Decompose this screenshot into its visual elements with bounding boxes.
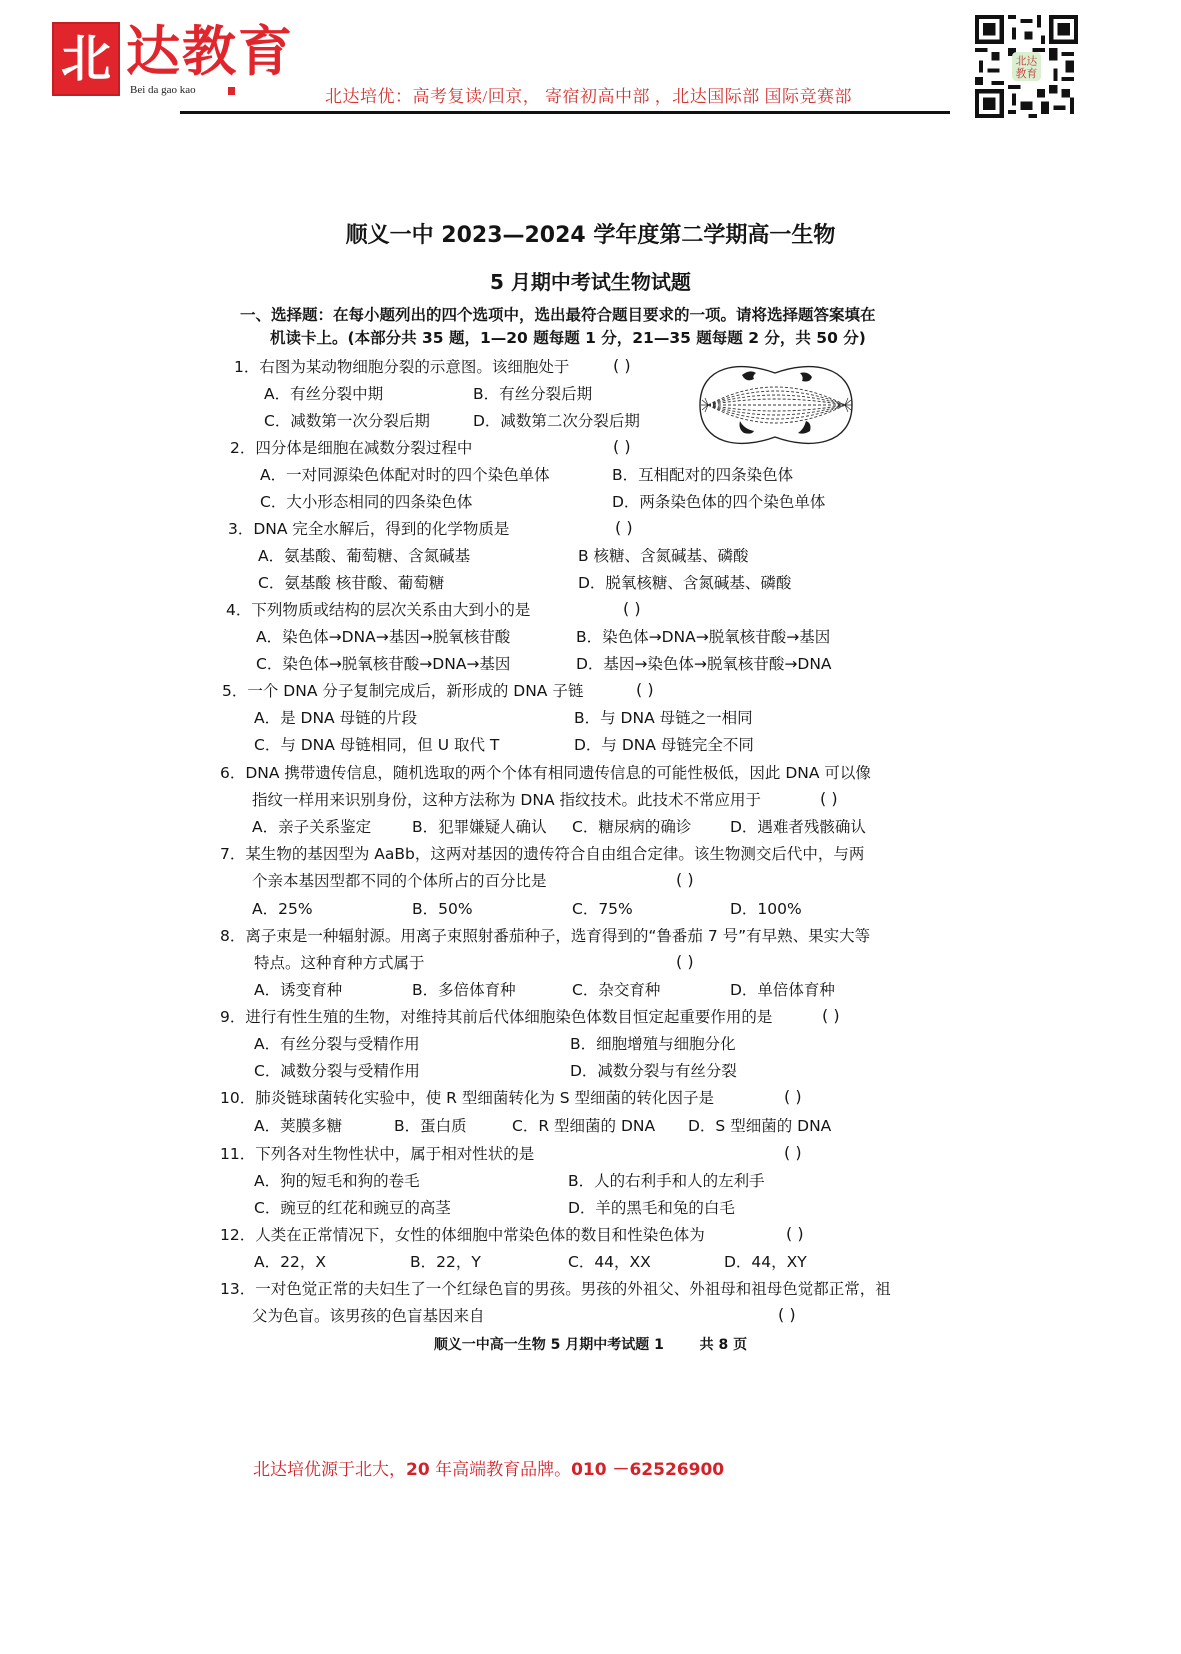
q6-option-d: D．遇难者残骸确认 <box>730 817 866 837</box>
question-9-stem: 9．进行有性生殖的生物，对维持其前后代体细胞染色体数目恒定起重要作用的是 <box>220 1007 772 1027</box>
promo-phone: 010 －62526900 <box>571 1460 724 1480</box>
q5-option-b: B．与 DNA 母链之一相同 <box>574 708 753 728</box>
logo-pinyin: Bei da gao kao <box>130 84 196 96</box>
page-footer: 顺义一中高一生物 5 月期中考试题 1 共 8 页 <box>0 1334 1181 1354</box>
q11-option-a: A．狗的短毛和狗的卷毛 <box>254 1171 420 1191</box>
q8-option-d: D．单倍体育种 <box>730 980 835 1000</box>
q10-option-c: C．R 型细菌的 DNA <box>512 1116 655 1136</box>
svg-text:教育: 教育 <box>1016 67 1038 80</box>
answer-blank-9[interactable]: ( ) <box>822 1006 840 1025</box>
q10-option-d: D．S 型细菌的 DNA <box>688 1116 831 1136</box>
answer-blank-6[interactable]: ( ) <box>820 789 838 808</box>
question-10-stem: 10．肺炎链球菌转化实验中，使 R 型细菌转化为 S 型细菌的转化因子是 <box>220 1088 714 1108</box>
q8-option-a: A．诱变育种 <box>254 980 342 1000</box>
q12-option-d: D．44，XY <box>724 1252 807 1272</box>
question-6-stem: 6．DNA 携带遗传信息，随机选取的两个个体有相同遗传信息的可能性极低，因此 D… <box>220 763 871 783</box>
question-8-stem: 8．离子束是一种辐射源。用离子束照射番茄种子，选育得到的“鲁番茄 7 号”有早熟… <box>220 926 870 946</box>
q2-option-c: C．大小形态相同的四条染色体 <box>260 492 472 512</box>
q7-option-d: D．100% <box>730 899 802 919</box>
q3-option-d: D．脱氧核糖、含氮碱基、磷酸 <box>578 573 791 593</box>
q11-option-d: D．羊的黑毛和兔的白毛 <box>568 1198 735 1218</box>
answer-blank-1[interactable]: ( ) <box>613 356 631 375</box>
answer-blank-2[interactable]: ( ) <box>613 437 631 456</box>
exam-title: 顺义一中 2023—2024 学年度第二学期高一生物 <box>0 218 1181 249</box>
header-tagline: 北达培优：高考复读/回京， 寄宿初高中部 ，北达国际部 国际竞赛部 <box>325 82 852 107</box>
qr-code-icon: 北达 教育 <box>975 15 1078 118</box>
q8-option-b: B．多倍体育种 <box>412 980 516 1000</box>
q7-option-b: B．50% <box>412 899 473 919</box>
q9-option-c: C．减数分裂与受精作用 <box>254 1061 420 1081</box>
question-6-stem-cont: 指纹一样用来识别身份，这种方法称为 DNA 指纹技术。此技术不常应用于 <box>252 790 761 810</box>
q6-option-b: B．犯罪嫌疑人确认 <box>412 817 547 837</box>
answer-blank-11[interactable]: ( ) <box>784 1143 802 1162</box>
q2-option-d: D．两条染色体的四个染色单体 <box>612 492 825 512</box>
q3-option-c: C．氨基酸 核苷酸、葡萄糖 <box>258 573 444 593</box>
answer-blank-13[interactable]: ( ) <box>778 1305 796 1324</box>
q10-option-b: B．蛋白质 <box>394 1116 467 1136</box>
q4-option-d: D．基因→染色体→脱氧核苷酸→DNA <box>576 654 832 674</box>
question-13-stem-cont: 父为色盲。该男孩的色盲基因来自 <box>252 1306 485 1326</box>
q1-option-c: C．减数第一次分裂后期 <box>264 411 430 431</box>
q7-option-a: A．25% <box>252 899 313 919</box>
promo-years: 20 <box>406 1460 430 1480</box>
q5-option-d: D．与 DNA 母链完全不同 <box>574 735 754 755</box>
q7-option-c: C．75% <box>572 899 633 919</box>
q11-option-c: C．豌豆的红花和豌豆的高茎 <box>254 1198 451 1218</box>
q8-option-c: C．杂交育种 <box>572 980 660 1000</box>
header-divider <box>180 111 950 114</box>
question-4-stem: 4．下列物质或结构的层次关系由大到小的是 <box>226 600 530 620</box>
promo-footer: 北达培优源于北大，20 年高端教育品牌。010 －62526900 <box>253 1455 724 1480</box>
q2-option-b: B．互相配对的四条染色体 <box>612 465 793 485</box>
page-footer-title: 顺义一中高一生物 5 月期中考试题 1 <box>434 1337 664 1353</box>
logo-text: 达教育 <box>126 20 294 82</box>
q4-option-a: A．染色体→DNA→基因→脱氧核苷酸 <box>256 627 510 647</box>
q5-option-c: C．与 DNA 母链相同，但 U 取代 T <box>254 735 499 755</box>
exam-subtitle: 5 月期中考试生物试题 <box>0 266 1181 295</box>
promo-text-1: 北达培优源于北大， <box>253 1460 406 1480</box>
q9-option-b: B．细胞增殖与细胞分化 <box>570 1034 736 1054</box>
svg-text:北达: 北达 <box>1016 54 1038 67</box>
q1-option-a: A．有丝分裂中期 <box>264 384 383 404</box>
answer-blank-8[interactable]: ( ) <box>676 952 694 971</box>
q5-option-a: A．是 DNA 母链的片段 <box>254 708 417 728</box>
logo-char: 北 <box>61 34 111 84</box>
q11-option-b: B．人的右利手和人的左利手 <box>568 1171 765 1191</box>
answer-blank-12[interactable]: ( ) <box>786 1224 804 1243</box>
question-3-stem: 3．DNA 完全水解后，得到的化学物质是 <box>228 519 509 539</box>
answer-blank-5[interactable]: ( ) <box>636 680 654 699</box>
cell-division-diagram <box>680 355 870 455</box>
q12-option-a: A．22，X <box>254 1252 326 1272</box>
q12-option-b: B．22，Y <box>410 1252 481 1272</box>
answer-blank-10[interactable]: ( ) <box>784 1087 802 1106</box>
q1-option-b: B．有丝分裂后期 <box>473 384 592 404</box>
section-heading-cont: 机读卡上。(本部分共 35 题，1—20 题每题 1 分，21—35 题每题 2… <box>270 328 866 348</box>
question-7-stem-cont: 个亲本基因型都不同的个体所占的百分比是 <box>252 871 547 891</box>
answer-blank-3[interactable]: ( ) <box>615 518 633 537</box>
q9-option-d: D．减数分裂与有丝分裂 <box>570 1061 737 1081</box>
q9-option-a: A．有丝分裂与受精作用 <box>254 1034 420 1054</box>
q3-option-b: B 核糖、含氮碱基、磷酸 <box>578 546 749 566</box>
q6-option-c: C．糖尿病的确诊 <box>572 817 691 837</box>
question-13-stem: 13．一对色觉正常的夫妇生了一个红绿色盲的男孩。男孩的外祖父、外祖母和祖母色觉都… <box>220 1279 891 1299</box>
q3-option-a: A．氨基酸、葡萄糖、含氮碱基 <box>258 546 470 566</box>
question-7-stem: 7．某生物的基因型为 AaBb，这两对基因的遗传符合自由组合定律。该生物测交后代… <box>220 844 864 864</box>
promo-text-2: 年高端教育品牌。 <box>430 1460 571 1480</box>
q6-option-a: A．亲子关系鉴定 <box>252 817 371 837</box>
q4-option-b: B．染色体→DNA→脱氧核苷酸→基因 <box>576 627 830 647</box>
answer-blank-4[interactable]: ( ) <box>623 599 641 618</box>
q4-option-c: C．染色体→脱氧核苷酸→DNA→基因 <box>256 654 510 674</box>
question-12-stem: 12．人类在正常情况下，女性的体细胞中常染色体的数目和性染色体为 <box>220 1225 705 1245</box>
q10-option-a: A．荚膜多糖 <box>254 1116 342 1136</box>
section-heading: 一、选择题：在每小题列出的四个选项中，选出最符合题目要求的一项。请将选择题答案填… <box>240 305 876 325</box>
logo-mark: 北 <box>52 22 120 96</box>
logo-dot <box>228 87 235 95</box>
page-count: 共 8 页 <box>700 1337 748 1353</box>
question-2-stem: 2．四分体是细胞在减数分裂过程中 <box>230 438 472 458</box>
q1-option-d: D．减数第二次分裂后期 <box>473 411 640 431</box>
question-11-stem: 11．下列各对生物性状中，属于相对性状的是 <box>220 1144 534 1164</box>
question-8-stem-cont: 特点。这种育种方式属于 <box>254 953 425 973</box>
q12-option-c: C．44，XX <box>568 1252 651 1272</box>
q2-option-a: A．一对同源染色体配对时的四个染色单体 <box>260 465 550 485</box>
question-5-stem: 5．一个 DNA 分子复制完成后，新形成的 DNA 子链 <box>222 681 583 701</box>
answer-blank-7[interactable]: ( ) <box>676 870 694 889</box>
question-1-stem: 1．右图为某动物细胞分裂的示意图。该细胞处于 <box>234 357 569 377</box>
